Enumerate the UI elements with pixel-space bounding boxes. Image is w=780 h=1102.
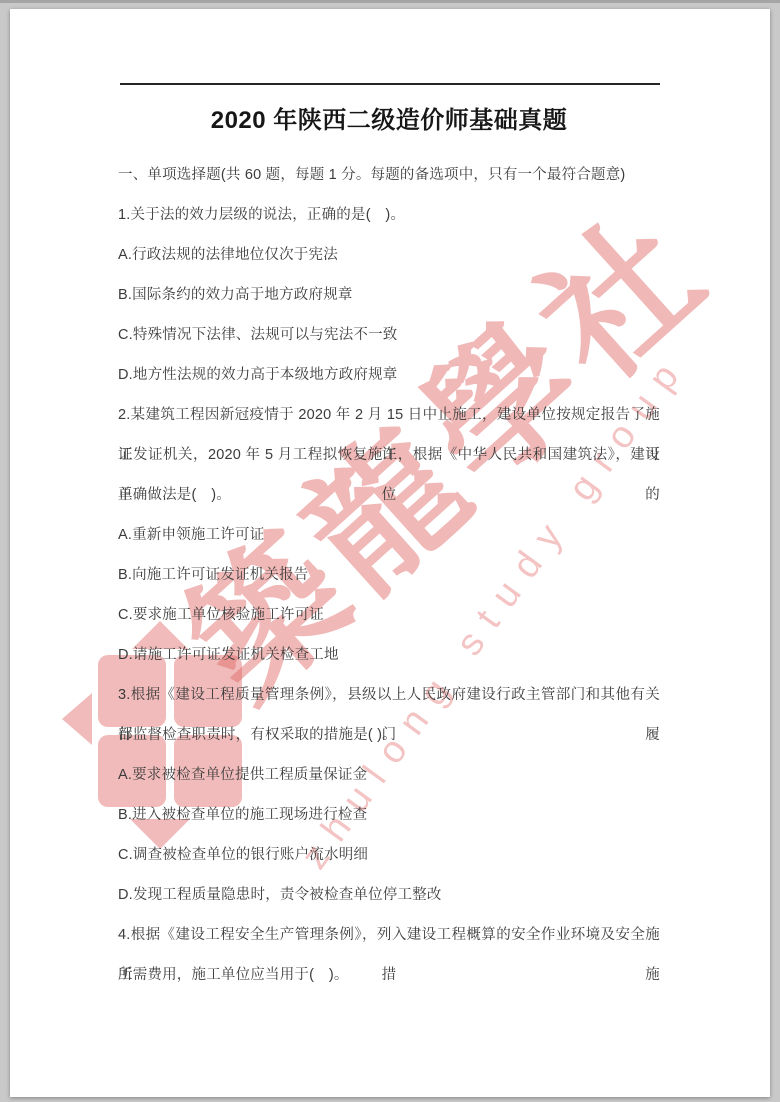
question-1-option-B: B.国际条约的效力高于地方政府规章	[118, 275, 660, 315]
question-2-option-C: C.要求施工单位核验施工许可证	[118, 595, 660, 635]
question-2-option-B: B.向施工许可证发证机关报告	[118, 555, 660, 595]
question-1-stem-line-1: 1.关于法的效力层级的说法，正确的是( )。	[118, 195, 660, 235]
question-3-option-C: C.调查被检查单位的银行账户流水明细	[118, 835, 660, 875]
page-title: 2020 年陕西二级造价师基础真题	[118, 106, 660, 136]
question-2-stem-line-2: 证发证机关，2020 年 5 月工程拟恢复施工，根据《中华人民共和国建筑法》，建…	[118, 435, 660, 475]
question-list: 1.关于法的效力层级的说法，正确的是( )。A.行政法规的法律地位仅次于宪法B.…	[118, 195, 660, 995]
document-page: 築龍學社 zhulong study group 2020 年陕西二级造价师基础…	[10, 9, 770, 1097]
question-3-stem-line-1: 3.根据《建设工程质量管理条例》，县级以上人民政府建设行政主管部门和其他有关部门…	[118, 675, 660, 715]
question-4-stem-line-1: 4.根据《建设工程安全生产管理条例》，列入建设工程概算的安全作业环境及安全施工措…	[118, 915, 660, 955]
exam-content: 一、单项选择题(共 60 题，每题 1 分。每题的备选项中，只有一个最符合题意)…	[118, 155, 660, 995]
question-3-option-B: B.进入被检查单位的施工现场进行检查	[118, 795, 660, 835]
header-rule	[120, 83, 660, 85]
question-3-option-D: D.发现工程质量隐患时，责令被检查单位停工整改	[118, 875, 660, 915]
question-1-option-D: D.地方性法规的效力高于本级地方政府规章	[118, 355, 660, 395]
question-2-stem-line-1: 2.某建筑工程因新冠疫情于 2020 年 2 月 15 日中止施工，建设单位按规…	[118, 395, 660, 435]
desk-background: 築龍學社 zhulong study group 2020 年陕西二级造价师基础…	[0, 0, 780, 1102]
question-2-option-A: A.重新申领施工许可证	[118, 515, 660, 555]
question-2-option-D: D.请施工许可证发证机关检查工地	[118, 635, 660, 675]
section-heading: 一、单项选择题(共 60 题，每题 1 分。每题的备选项中，只有一个最符合题意)	[118, 155, 660, 195]
question-1-option-A: A.行政法规的法律地位仅次于宪法	[118, 235, 660, 275]
question-3-option-A: A.要求被检查单位提供工程质量保证金	[118, 755, 660, 795]
question-1-option-C: C.特殊情况下法律、法规可以与宪法不一致	[118, 315, 660, 355]
